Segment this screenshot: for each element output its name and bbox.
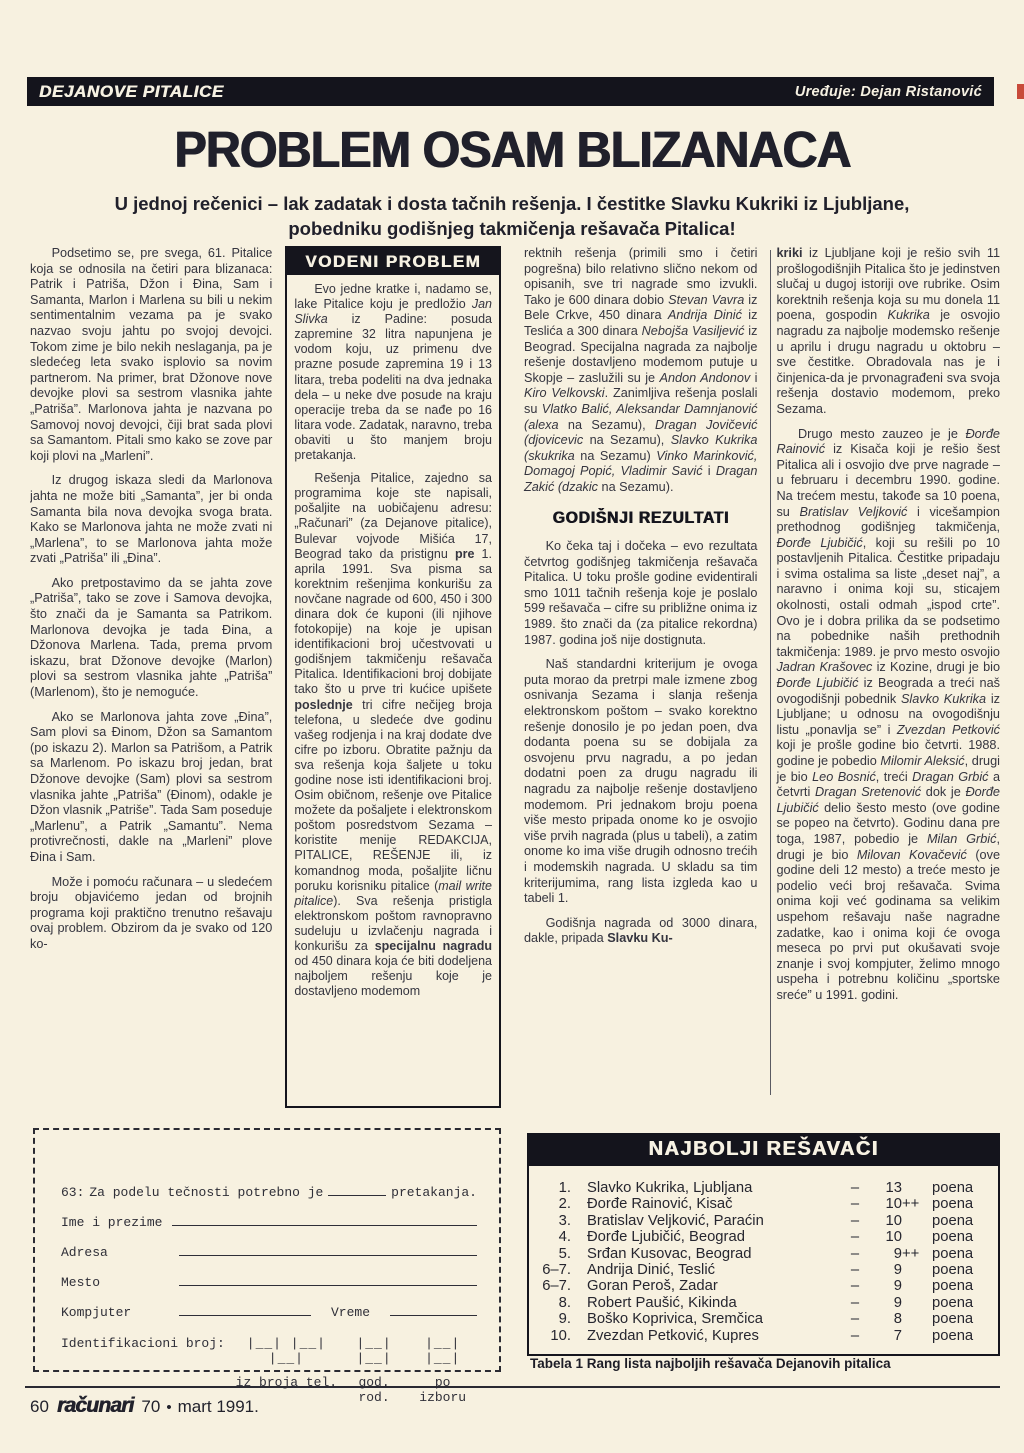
address-field-label: Adresa xyxy=(61,1245,179,1260)
dash-cell: – xyxy=(838,1278,872,1294)
points-unit-cell: poena xyxy=(928,1311,990,1327)
name-cell: Bratislav Veljković, Paraćin xyxy=(587,1213,838,1229)
points-cell: 10 xyxy=(872,1229,902,1245)
id-box-caption: po izboru xyxy=(408,1375,477,1405)
points-unit-cell: poena xyxy=(928,1278,990,1294)
table-row: 6–7. Andrija Dinić, Teslić – 9 poena xyxy=(531,1262,990,1278)
dash-cell: – xyxy=(838,1196,872,1212)
city-field-label: Mesto xyxy=(61,1275,179,1290)
page-number: 60 xyxy=(30,1397,49,1417)
dash-cell: – xyxy=(838,1180,872,1196)
points-cell: 9 xyxy=(872,1246,902,1262)
article-body: Podsetimo se, pre svega, 61. Pitalice ko… xyxy=(30,246,1000,1108)
points-plus-cell xyxy=(902,1278,928,1294)
name-cell: Đorđe Rainović, Kisač xyxy=(587,1196,838,1212)
name-cell: Boško Koprivica, Sremčica xyxy=(587,1311,838,1327)
table-row: 6–7. Goran Peroš, Zadar – 9 poena xyxy=(531,1278,990,1294)
points-plus-cell xyxy=(902,1213,928,1229)
points-plus-cell xyxy=(902,1311,928,1327)
footer-rule xyxy=(25,1386,1000,1388)
rank-cell: 8. xyxy=(531,1295,587,1311)
coupon-computer-row: Kompjuter Vreme xyxy=(61,1302,477,1320)
dash-cell: – xyxy=(838,1328,872,1344)
computer-field-line xyxy=(179,1302,311,1316)
id-boxes: |__| |__| xyxy=(408,1336,477,1366)
points-plus-cell xyxy=(902,1180,928,1196)
rank-cell: 5. xyxy=(531,1246,587,1262)
rank-cell: 2. xyxy=(531,1196,587,1212)
name-cell: Đorđe Ljubičić, Beograd xyxy=(587,1229,838,1245)
table-row: 5. Srđan Kusovac, Beograd – 9 ++ poena xyxy=(531,1246,990,1262)
paragraph: Rešenja Pitalice, zajedno sa programima … xyxy=(294,471,492,999)
points-unit-cell: poena xyxy=(928,1213,990,1229)
table-row: 4. Đorđe Ljubičić, Beograd – 10 poena xyxy=(531,1229,990,1245)
page-footer: 60 računari 70 • mart 1991. xyxy=(30,1394,259,1418)
coupon-city-row: Mesto xyxy=(61,1272,477,1290)
points-unit-cell: poena xyxy=(928,1328,990,1344)
city-field-line xyxy=(179,1272,477,1286)
column-divider-rule xyxy=(770,250,771,1095)
ranking-heading: NAJBOLJI REŠAVAČI xyxy=(527,1133,1000,1166)
vodeni-problem-body: Evo jedne kratke i, nadamo se, lake Pita… xyxy=(287,275,499,999)
table-row: 8. Robert Paušić, Kikinda – 9 poena xyxy=(531,1295,990,1311)
magazine-logo: računari xyxy=(57,1394,133,1418)
masthead-bar: DEJANOVE PITALICE Uređuje: Dejan Ristano… xyxy=(27,77,994,106)
time-field-line xyxy=(390,1302,477,1316)
paragraph: Naš standardni kriterijum je ovoga puta … xyxy=(524,657,757,907)
points-unit-cell: poena xyxy=(928,1196,990,1212)
section-label: DEJANOVE PITALICE xyxy=(39,82,224,102)
points-cell: 9 xyxy=(872,1295,902,1311)
body-column-3: rektnih rešenja (primili smo i četiri po… xyxy=(524,246,757,1108)
question-number: 63: xyxy=(61,1185,84,1200)
points-cell: 9 xyxy=(872,1278,902,1294)
points-plus-cell xyxy=(902,1229,928,1245)
points-plus-cell xyxy=(902,1262,928,1278)
coupon-name-row: Ime i prezime xyxy=(61,1212,477,1230)
points-unit-cell: poena xyxy=(928,1180,990,1196)
address-field-line xyxy=(179,1242,477,1256)
question-text: Za podelu tečnosti potrebno je xyxy=(89,1185,323,1200)
name-cell: Slavko Kukrika, Ljubljana xyxy=(587,1180,838,1196)
body-column-2: VODENI PROBLEM Evo jedne kratke i, nadam… xyxy=(285,246,501,1108)
paragraph: Može i pomoću računara – u sledećem broj… xyxy=(30,875,272,953)
points-plus-cell xyxy=(902,1328,928,1344)
paragraph: kriki iz Ljubljane koji je rešio svih 11… xyxy=(776,246,1000,418)
name-cell: Robert Paušić, Kikinda xyxy=(587,1295,838,1311)
ranking-rows: 1. Slavko Kukrika, Ljubljana – 13 poena … xyxy=(527,1166,1000,1356)
paragraph: Godišnja nagrada od 3000 dinara, dakle, … xyxy=(524,916,757,947)
points-cell: 13 xyxy=(872,1180,902,1196)
paragraph: Ako pretpostavimo da se jahta zove „Patr… xyxy=(30,576,272,701)
points-unit-cell: poena xyxy=(928,1246,990,1262)
id-boxes: |__| |__| xyxy=(340,1336,409,1366)
red-registration-mark xyxy=(1017,84,1024,99)
rank-cell: 6–7. xyxy=(531,1278,587,1294)
name-field-label: Ime i prezime xyxy=(61,1215,162,1230)
coupon-address-row: Adresa xyxy=(61,1242,477,1260)
points-cell: 7 xyxy=(872,1328,902,1344)
body-column-4: kriki iz Ljubljane koji je rešio svih 11… xyxy=(776,246,1000,1108)
points-plus-cell: ++ xyxy=(902,1246,928,1262)
ranking-table: NAJBOLJI REŠAVAČI 1. Slavko Kukrika, Lju… xyxy=(527,1133,1000,1356)
name-cell: Goran Peroš, Zadar xyxy=(587,1278,838,1294)
rank-cell: 9. xyxy=(531,1311,587,1327)
answer-coupon: 63: Za podelu tečnosti potrebno je preta… xyxy=(33,1128,501,1372)
id-box-group: |__| |__| god. rod. xyxy=(340,1336,409,1405)
points-plus-cell xyxy=(902,1295,928,1311)
paragraph: Podsetimo se, pre svega, 61. Pitalice ko… xyxy=(30,246,272,464)
paragraph: Evo jedne kratke i, nadamo se, lake Pita… xyxy=(294,282,492,463)
editor-credit: Uređuje: Dejan Ristanović xyxy=(795,84,982,100)
table-row: 2. Đorđe Rainović, Kisač – 10 ++ poena xyxy=(531,1196,990,1212)
computer-field-label: Kompjuter xyxy=(61,1305,179,1320)
paragraph: Iz drugog iskaza sledi da Marlonova jaht… xyxy=(30,473,272,567)
footer-bullet: • xyxy=(166,1399,171,1416)
table-row: 9. Boško Koprivica, Sremčica – 8 poena xyxy=(531,1311,990,1327)
article-title: PROBLEM OSAM BLIZANACA xyxy=(26,120,999,179)
rank-cell: 6–7. xyxy=(531,1262,587,1278)
answer-field-line xyxy=(328,1182,386,1196)
dash-cell: – xyxy=(838,1311,872,1327)
name-cell: Andrija Dinić, Teslić xyxy=(587,1262,838,1278)
id-box-caption: god. rod. xyxy=(340,1375,409,1405)
points-unit-cell: poena xyxy=(928,1229,990,1245)
vodeni-problem-heading: VODENI PROBLEM xyxy=(287,248,499,275)
vodeni-problem-box: VODENI PROBLEM Evo jedne kratke i, nadam… xyxy=(285,246,501,1108)
dash-cell: – xyxy=(838,1262,872,1278)
rank-cell: 4. xyxy=(531,1229,587,1245)
paragraph: Drugo mesto zauzeo je je Đorđe Rainović … xyxy=(776,427,1000,1004)
question-suffix: pretakanja. xyxy=(391,1185,477,1200)
coupon-question-row: 63: Za podelu tečnosti potrebno je preta… xyxy=(61,1182,477,1200)
table-row: 1. Slavko Kukrika, Ljubljana – 13 poena xyxy=(531,1180,990,1196)
dash-cell: – xyxy=(838,1213,872,1229)
name-cell: Srđan Kusovac, Beograd xyxy=(587,1246,838,1262)
paragraph: Ko čeka taj i dočeka – evo rezultata čet… xyxy=(524,539,757,648)
paragraph: Ako se Marlonova jahta zove „Đina”, Sam … xyxy=(30,710,272,866)
paragraph: rektnih rešenja (primili smo i četiri po… xyxy=(524,246,757,496)
dash-cell: – xyxy=(838,1229,872,1245)
time-field-label: Vreme xyxy=(331,1305,370,1320)
rank-cell: 3. xyxy=(531,1213,587,1229)
name-field-line xyxy=(172,1212,477,1226)
dash-cell: – xyxy=(838,1246,872,1262)
table-row: 10. Zvezdan Petković, Kupres – 7 poena xyxy=(531,1328,990,1344)
id-box-groups: |__| |__| |__| iz broja tel. |__| |__| g… xyxy=(233,1336,477,1405)
id-box-group: |__| |__| po izboru xyxy=(408,1336,477,1405)
points-cell: 10 xyxy=(872,1213,902,1229)
body-column-1: Podsetimo se, pre svega, 61. Pitalice ko… xyxy=(30,246,272,1108)
table-caption: Tabela 1 Rang lista najboljih rešavača D… xyxy=(530,1356,1000,1371)
table-row: 3. Bratislav Veljković, Paraćin – 10 poe… xyxy=(531,1213,990,1229)
points-unit-cell: poena xyxy=(928,1295,990,1311)
issue-date: mart 1991. xyxy=(178,1397,259,1417)
points-unit-cell: poena xyxy=(928,1262,990,1278)
magazine-page: DEJANOVE PITALICE Uređuje: Dejan Ristano… xyxy=(0,0,1024,1453)
points-cell: 8 xyxy=(872,1311,902,1327)
rank-cell: 10. xyxy=(531,1328,587,1344)
points-cell: 10 xyxy=(872,1196,902,1212)
name-cell: Zvezdan Petković, Kupres xyxy=(587,1328,838,1344)
dash-cell: – xyxy=(838,1295,872,1311)
godisnji-rezultati-heading: GODIŠNJI REZULTATI xyxy=(530,511,752,527)
article-standfirst: U jednoj rečenici – lak zadatak i dosta … xyxy=(100,191,924,241)
rank-cell: 1. xyxy=(531,1180,587,1196)
issue-number: 70 xyxy=(141,1397,160,1417)
points-plus-cell: ++ xyxy=(902,1196,928,1212)
id-boxes: |__| |__| |__| xyxy=(233,1336,340,1366)
points-cell: 9 xyxy=(872,1262,902,1278)
